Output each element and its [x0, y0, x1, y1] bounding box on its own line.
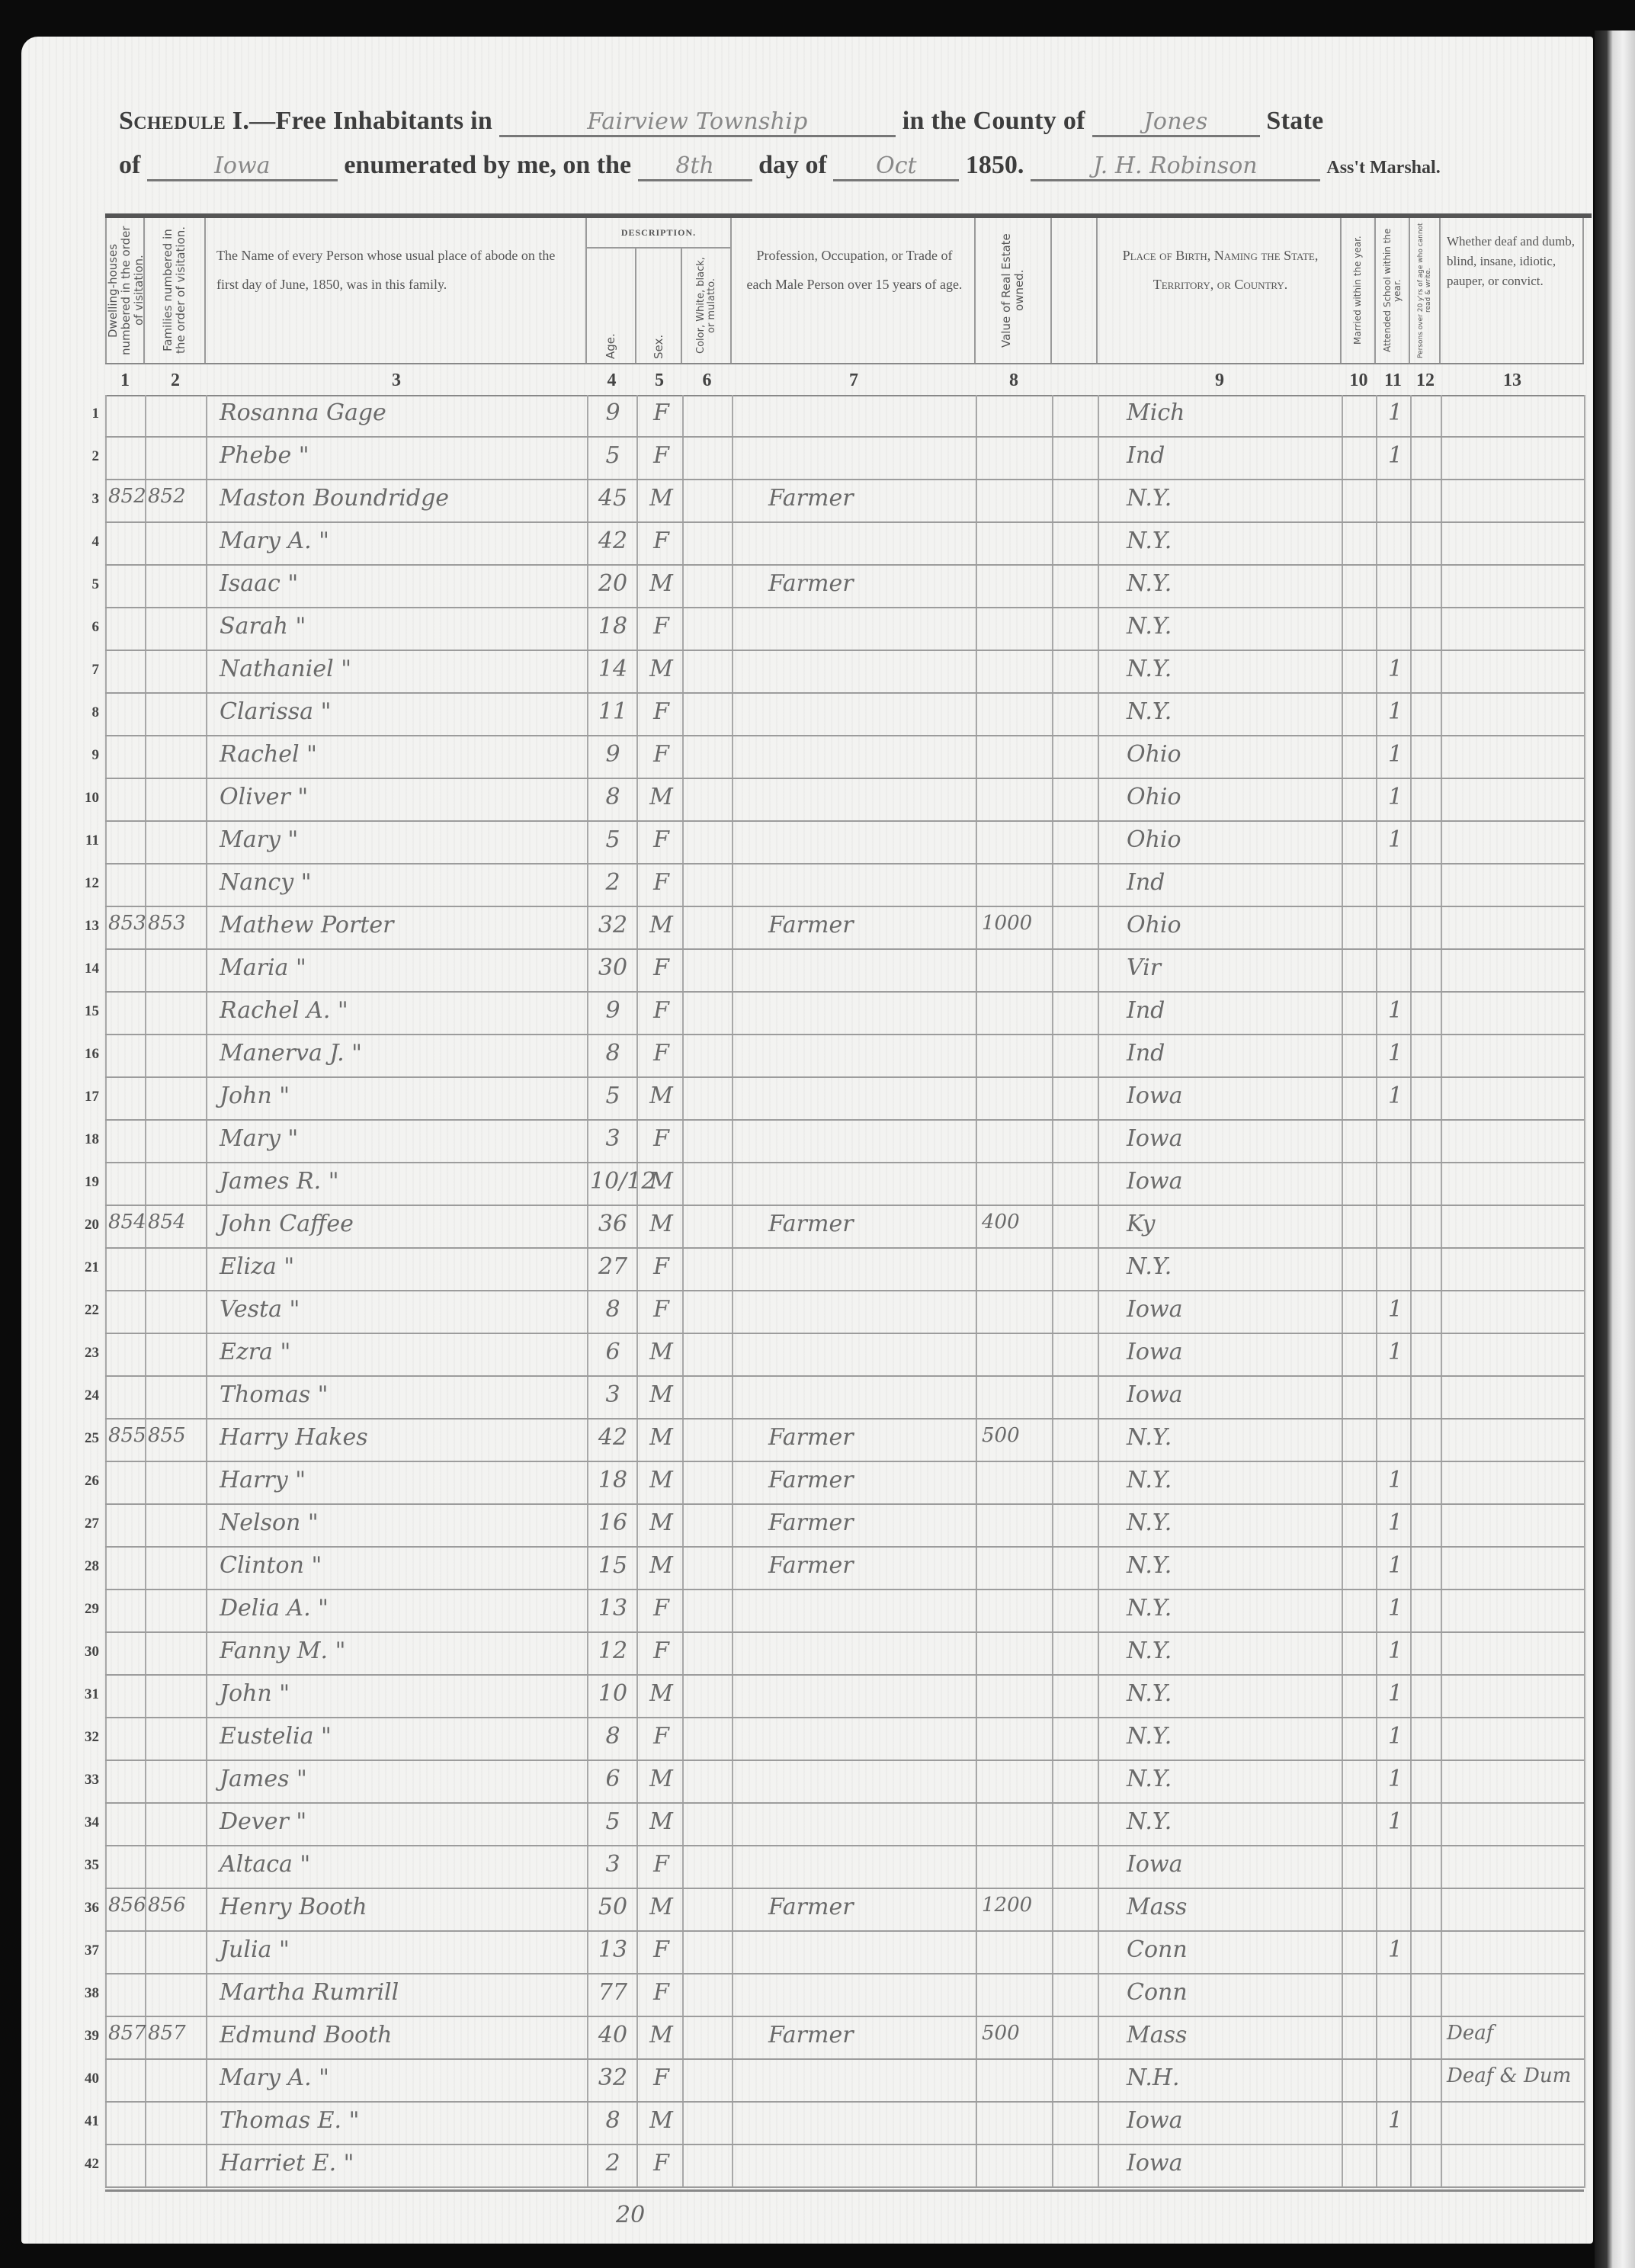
dwelling-number: 854	[108, 1211, 145, 1246]
married-within-year	[1348, 869, 1374, 904]
attended-school: 1	[1382, 698, 1409, 733]
real-estate-value	[982, 1040, 1050, 1075]
attended-school: 1	[1382, 1509, 1409, 1545]
cannot-read-write	[1412, 442, 1439, 477]
age: 32	[590, 2064, 636, 2100]
birthplace: Iowa	[1127, 1168, 1340, 1203]
table-row: 29Delia A. "13FN.Y.1	[105, 1590, 1584, 1633]
married-within-year	[1348, 1211, 1374, 1246]
married-within-year	[1348, 1125, 1374, 1160]
table-row: 31John "10MN.Y.1	[105, 1676, 1584, 1718]
table-row: 18Mary "3FIowa	[105, 1121, 1584, 1163]
line-number: 10	[76, 790, 99, 807]
occupation	[768, 1125, 974, 1160]
cannot-read-write	[1412, 1168, 1439, 1203]
disability-status	[1447, 485, 1584, 520]
col-num-12: 12	[1410, 371, 1441, 391]
disability-status	[1447, 1808, 1584, 1843]
cannot-read-write	[1412, 2107, 1439, 2142]
cannot-read-write	[1412, 1381, 1439, 1416]
line-number: 7	[76, 662, 99, 678]
family-number	[148, 1638, 206, 1673]
real-estate-value	[982, 1936, 1050, 1971]
table-row: 20854854John Caffee36MFarmer400Ky	[105, 1206, 1584, 1249]
age: 3	[590, 1851, 636, 1886]
col-num-8: 8	[976, 371, 1052, 391]
col-num-11: 11	[1376, 371, 1410, 391]
age: 10/12	[590, 1168, 636, 1203]
sex: M	[640, 912, 682, 947]
married-within-year	[1348, 2150, 1374, 2185]
birthplace: Ohio	[1127, 784, 1340, 819]
cannot-read-write	[1412, 399, 1439, 435]
occupation	[768, 2150, 974, 2185]
table-row: 11Mary "5FOhio1	[105, 822, 1584, 865]
dwelling-number	[108, 2064, 145, 2100]
dwelling-number	[108, 826, 145, 861]
sex: M	[640, 1894, 682, 1929]
line-number: 28	[76, 1558, 99, 1575]
age: 9	[590, 399, 636, 435]
occupation	[768, 656, 974, 691]
married-within-year	[1348, 784, 1374, 819]
line-number: 26	[76, 1473, 99, 1490]
disability-status	[1447, 784, 1584, 819]
occupation	[768, 2107, 974, 2142]
col-header-13: Whether deaf and dumb, blind, insane, id…	[1441, 218, 1584, 363]
real-estate-value	[982, 613, 1050, 648]
attended-school	[1382, 613, 1409, 648]
dwelling-number	[108, 570, 145, 605]
disability-status	[1447, 1339, 1584, 1374]
attended-school	[1382, 1424, 1409, 1459]
age: 32	[590, 912, 636, 947]
real-estate-value	[982, 1168, 1050, 1203]
age: 18	[590, 1467, 636, 1502]
real-estate-value	[982, 2107, 1050, 2142]
line-number: 13	[76, 918, 99, 935]
line-number: 42	[76, 2156, 99, 2173]
cannot-read-write	[1412, 570, 1439, 605]
table-row: 19James R. "10/12MIowa	[105, 1163, 1584, 1206]
attended-school: 1	[1382, 656, 1409, 691]
occupation: Farmer	[768, 1211, 974, 1246]
disability-status	[1447, 1979, 1584, 2014]
table-row: 36856856Henry Booth50MFarmer1200Mass	[105, 1889, 1584, 1932]
dwelling-number	[108, 1680, 145, 1715]
person-name: Nancy "	[220, 869, 585, 904]
dwelling-number	[108, 954, 145, 990]
col-num-1: 1	[105, 371, 145, 391]
attended-school	[1382, 912, 1409, 947]
dwelling-number	[108, 1296, 145, 1331]
attended-school	[1382, 1894, 1409, 1929]
family-number	[148, 2064, 206, 2100]
table-row: 8Clarissa "11FN.Y.1	[105, 694, 1584, 736]
occupation	[768, 826, 974, 861]
person-name: Mary "	[220, 1125, 585, 1160]
line-number: 29	[76, 1601, 99, 1618]
county-field: Jones	[1092, 108, 1260, 137]
family-number	[148, 1339, 206, 1374]
real-estate-value	[982, 1766, 1050, 1801]
sex: F	[640, 1125, 682, 1160]
county-label: in the County of	[902, 107, 1085, 135]
occupation: Farmer	[768, 570, 974, 605]
birthplace: Mass	[1127, 1894, 1340, 1929]
attended-school: 1	[1382, 399, 1409, 435]
birthplace: Conn	[1127, 1936, 1340, 1971]
line-number: 40	[76, 2071, 99, 2087]
married-within-year	[1348, 1296, 1374, 1331]
line-number: 31	[76, 1686, 99, 1703]
real-estate-value	[982, 1851, 1050, 1886]
cannot-read-write	[1412, 2064, 1439, 2100]
cannot-read-write	[1412, 1808, 1439, 1843]
occupation	[768, 528, 974, 563]
dwelling-number: 853	[108, 912, 145, 947]
sex: F	[640, 1638, 682, 1673]
table-row: 39857857Edmund Booth40MFarmer500MassDeaf	[105, 2017, 1584, 2060]
line-number: 19	[76, 1174, 99, 1191]
married-within-year	[1348, 1467, 1374, 1502]
age: 40	[590, 2022, 636, 2057]
married-within-year	[1348, 1936, 1374, 1971]
occupation	[768, 869, 974, 904]
disability-status	[1447, 1381, 1584, 1416]
real-estate-value	[982, 528, 1050, 563]
family-number	[148, 399, 206, 435]
person-name: Phebe "	[220, 442, 585, 477]
page-binding-edge	[1595, 30, 1635, 2268]
age: 9	[590, 997, 636, 1032]
col-num-13: 13	[1441, 371, 1584, 391]
line-number: 34	[76, 1814, 99, 1831]
real-estate-value: 400	[982, 1211, 1050, 1246]
birthplace: N.Y.	[1127, 613, 1340, 648]
birthplace: Iowa	[1127, 1851, 1340, 1886]
real-estate-value	[982, 1808, 1050, 1843]
age: 5	[590, 1808, 636, 1843]
line-number: 8	[76, 704, 99, 721]
age: 15	[590, 1552, 636, 1587]
state-field: Iowa	[147, 152, 338, 181]
age: 30	[590, 954, 636, 990]
line-number: 11	[76, 832, 99, 849]
disability-status	[1447, 1125, 1584, 1160]
line-number: 16	[76, 1046, 99, 1063]
col-num-9: 9	[1098, 371, 1342, 391]
person-name: Martha Rumrill	[220, 1979, 585, 2014]
family-number	[148, 1851, 206, 1886]
person-name: John Caffee	[220, 1211, 585, 1246]
dwelling-number	[108, 1552, 145, 1587]
col-header-7: Profession, Occupation, or Trade of each…	[732, 218, 976, 363]
age: 3	[590, 1125, 636, 1160]
line-number: 21	[76, 1259, 99, 1276]
line-number: 33	[76, 1772, 99, 1788]
person-name: Thomas "	[220, 1381, 585, 1416]
occupation: Farmer	[768, 1509, 974, 1545]
real-estate-value	[982, 1979, 1050, 2014]
dwelling-number	[108, 1467, 145, 1502]
age: 12	[590, 1638, 636, 1673]
dwelling-number	[108, 1808, 145, 1843]
family-number	[148, 997, 206, 1032]
age: 20	[590, 570, 636, 605]
occupation: Farmer	[768, 2022, 974, 2057]
family-number	[148, 1040, 206, 1075]
real-estate-value	[982, 1552, 1050, 1587]
family-number	[148, 1253, 206, 1288]
person-name: Mathew Porter	[220, 912, 585, 947]
disability-status	[1447, 1936, 1584, 1971]
occupation	[768, 997, 974, 1032]
age: 5	[590, 1083, 636, 1118]
cannot-read-write	[1412, 1253, 1439, 1288]
real-estate-value	[982, 1509, 1050, 1545]
attended-school: 1	[1382, 826, 1409, 861]
birthplace: Ind	[1127, 1040, 1340, 1075]
attended-school	[1382, 1253, 1409, 1288]
cannot-read-write	[1412, 1723, 1439, 1758]
dwelling-number	[108, 1168, 145, 1203]
age: 2	[590, 869, 636, 904]
dwelling-number	[108, 656, 145, 691]
married-within-year	[1348, 485, 1374, 520]
col-header-spacer	[1052, 218, 1098, 363]
married-within-year	[1348, 1894, 1374, 1929]
attended-school	[1382, 485, 1409, 520]
person-name: Harry "	[220, 1467, 585, 1502]
attended-school: 1	[1382, 1723, 1409, 1758]
cannot-read-write	[1412, 1211, 1439, 1246]
sex: F	[640, 2150, 682, 2185]
table-row: 42Harriet E. "2FIowa	[105, 2145, 1584, 2188]
col-num-2: 2	[145, 371, 206, 391]
table-row: 3852852Maston Boundridge45MFarmerN.Y.	[105, 480, 1584, 523]
age: 8	[590, 2107, 636, 2142]
attended-school	[1382, 1381, 1409, 1416]
dwelling-number	[108, 1723, 145, 1758]
dwelling-number	[108, 2150, 145, 2185]
occupation	[768, 1168, 974, 1203]
disability-status	[1447, 1851, 1584, 1886]
occupation	[768, 1296, 974, 1331]
real-estate-value	[982, 399, 1050, 435]
line-number: 17	[76, 1089, 99, 1105]
table-row: 14Maria "30FVir	[105, 950, 1584, 993]
real-estate-value	[982, 656, 1050, 691]
cannot-read-write	[1412, 1467, 1439, 1502]
cannot-read-write	[1412, 1339, 1439, 1374]
attended-school: 1	[1382, 1083, 1409, 1118]
occupation	[768, 1339, 974, 1374]
sex: M	[640, 1424, 682, 1459]
real-estate-value	[982, 741, 1050, 776]
married-within-year	[1348, 698, 1374, 733]
birthplace: Iowa	[1127, 1381, 1340, 1416]
line-number: 38	[76, 1985, 99, 2002]
disability-status	[1447, 528, 1584, 563]
disability-status	[1447, 1083, 1584, 1118]
table-row: 17John "5MIowa1	[105, 1078, 1584, 1121]
line-number: 39	[76, 2028, 99, 2045]
disability-status	[1447, 1509, 1584, 1545]
family-number	[148, 1296, 206, 1331]
disability-status	[1447, 1552, 1584, 1587]
table-row: 41Thomas E. "8MIowa1	[105, 2103, 1584, 2145]
line-number: 4	[76, 534, 99, 550]
disability-status: Deaf & Dum	[1447, 2064, 1584, 2100]
cannot-read-write	[1412, 997, 1439, 1032]
table-row: 38Martha Rumrill77FConn	[105, 1974, 1584, 2017]
dwelling-number	[108, 399, 145, 435]
dwelling-number: 852	[108, 485, 145, 520]
disability-status	[1447, 1467, 1584, 1502]
disability-status	[1447, 1424, 1584, 1459]
col-header-3: The Name of every Person whose usual pla…	[206, 218, 587, 363]
occupation	[768, 1595, 974, 1630]
married-within-year	[1348, 2064, 1374, 2100]
family-number: 857	[148, 2022, 206, 2057]
table-bottom-rule	[105, 2189, 1584, 2192]
dwelling-number	[108, 997, 145, 1032]
sex: F	[640, 2064, 682, 2100]
attended-school	[1382, 869, 1409, 904]
table-row: 23Ezra "6MIowa1	[105, 1334, 1584, 1377]
schedule-label: Schedule I.	[119, 107, 249, 135]
col-num-7: 7	[732, 371, 976, 391]
line-number: 41	[76, 2113, 99, 2130]
attended-school	[1382, 1851, 1409, 1886]
disability-status	[1447, 399, 1584, 435]
age: 42	[590, 1424, 636, 1459]
table-row: 33James "6MN.Y.1	[105, 1761, 1584, 1804]
marshal-name-field: J. H. Robinson	[1031, 152, 1320, 181]
table-row: 26Harry "18MFarmerN.Y.1	[105, 1462, 1584, 1505]
table-row: 34Dever "5MN.Y.1	[105, 1804, 1584, 1846]
dwelling-number	[108, 869, 145, 904]
dwelling-number	[108, 528, 145, 563]
table-row: 6Sarah "18FN.Y.	[105, 608, 1584, 651]
disability-status	[1447, 997, 1584, 1032]
married-within-year	[1348, 1808, 1374, 1843]
census-rows: 1Rosanna Gage9FMich12Phebe "5FInd1385285…	[105, 395, 1584, 2188]
sex: M	[640, 1168, 682, 1203]
birthplace: Ohio	[1127, 741, 1340, 776]
person-name: Dever "	[220, 1808, 585, 1843]
married-within-year	[1348, 528, 1374, 563]
cannot-read-write	[1412, 2022, 1439, 2057]
married-within-year	[1348, 1595, 1374, 1630]
disability-status	[1447, 954, 1584, 990]
age: 77	[590, 1979, 636, 2014]
birthplace: Iowa	[1127, 1083, 1340, 1118]
real-estate-value	[982, 954, 1050, 990]
dwelling-number	[108, 784, 145, 819]
disability-status	[1447, 2150, 1584, 2185]
line-number: 18	[76, 1131, 99, 1148]
person-name: Maria "	[220, 954, 585, 990]
real-estate-value	[982, 1253, 1050, 1288]
occupation	[768, 954, 974, 990]
real-estate-value	[982, 1083, 1050, 1118]
sex: F	[640, 1595, 682, 1630]
family-number	[148, 1766, 206, 1801]
table-row: 22Vesta "8FIowa1	[105, 1291, 1584, 1334]
dwelling-number: 856	[108, 1894, 145, 1929]
cannot-read-write	[1412, 485, 1439, 520]
birthplace: Mich	[1127, 399, 1340, 435]
real-estate-value	[982, 826, 1050, 861]
sex: F	[640, 826, 682, 861]
person-name: Manerva J. "	[220, 1040, 585, 1075]
birthplace: Conn	[1127, 1979, 1340, 2014]
attended-school: 1	[1382, 1766, 1409, 1801]
birthplace: Ky	[1127, 1211, 1340, 1246]
cannot-read-write	[1412, 1125, 1439, 1160]
family-number	[148, 1936, 206, 1971]
birthplace: N.Y.	[1127, 570, 1340, 605]
line-number: 23	[76, 1345, 99, 1362]
col-header-6: Color, White, black, or mulatto.	[682, 249, 732, 363]
birthplace: N.Y.	[1127, 1595, 1340, 1630]
col-header-5: Sex.	[636, 249, 682, 363]
col-header-10: Married within the year.	[1342, 218, 1376, 363]
occupation	[768, 1680, 974, 1715]
married-within-year	[1348, 741, 1374, 776]
birthplace: N.Y.	[1127, 1638, 1340, 1673]
attended-school	[1382, 1211, 1409, 1246]
real-estate-value: 500	[982, 1424, 1050, 1459]
birthplace: Mass	[1127, 2022, 1340, 2057]
disability-status	[1447, 1766, 1584, 1801]
disability-status: Deaf	[1447, 2022, 1584, 2057]
family-number	[148, 570, 206, 605]
sex: F	[640, 1253, 682, 1288]
age: 5	[590, 442, 636, 477]
occupation	[768, 741, 974, 776]
sex: F	[640, 442, 682, 477]
person-name: Rachel "	[220, 741, 585, 776]
person-name: Clarissa "	[220, 698, 585, 733]
real-estate-value: 1200	[982, 1894, 1050, 1929]
disability-status	[1447, 1723, 1584, 1758]
cannot-read-write	[1412, 954, 1439, 990]
real-estate-value: 1000	[982, 912, 1050, 947]
family-number: 852	[148, 485, 206, 520]
attended-school	[1382, 2064, 1409, 2100]
occupation	[768, 1808, 974, 1843]
person-name: Altaca "	[220, 1851, 585, 1886]
person-name: Mary A. "	[220, 2064, 585, 2100]
real-estate-value	[982, 869, 1050, 904]
attended-school	[1382, 1125, 1409, 1160]
cannot-read-write	[1412, 869, 1439, 904]
line-number: 25	[76, 1430, 99, 1447]
table-row: 27Nelson "16MFarmerN.Y.1	[105, 1505, 1584, 1548]
real-estate-value	[982, 1296, 1050, 1331]
line-number: 27	[76, 1516, 99, 1532]
table-row: 25855855Harry Hakes42MFarmer500N.Y.	[105, 1420, 1584, 1462]
cannot-read-write	[1412, 826, 1439, 861]
dwelling-number	[108, 1851, 145, 1886]
occupation: Farmer	[768, 1552, 974, 1587]
cannot-read-write	[1412, 1894, 1439, 1929]
attended-school: 1	[1382, 1936, 1409, 1971]
age: 13	[590, 1936, 636, 1971]
